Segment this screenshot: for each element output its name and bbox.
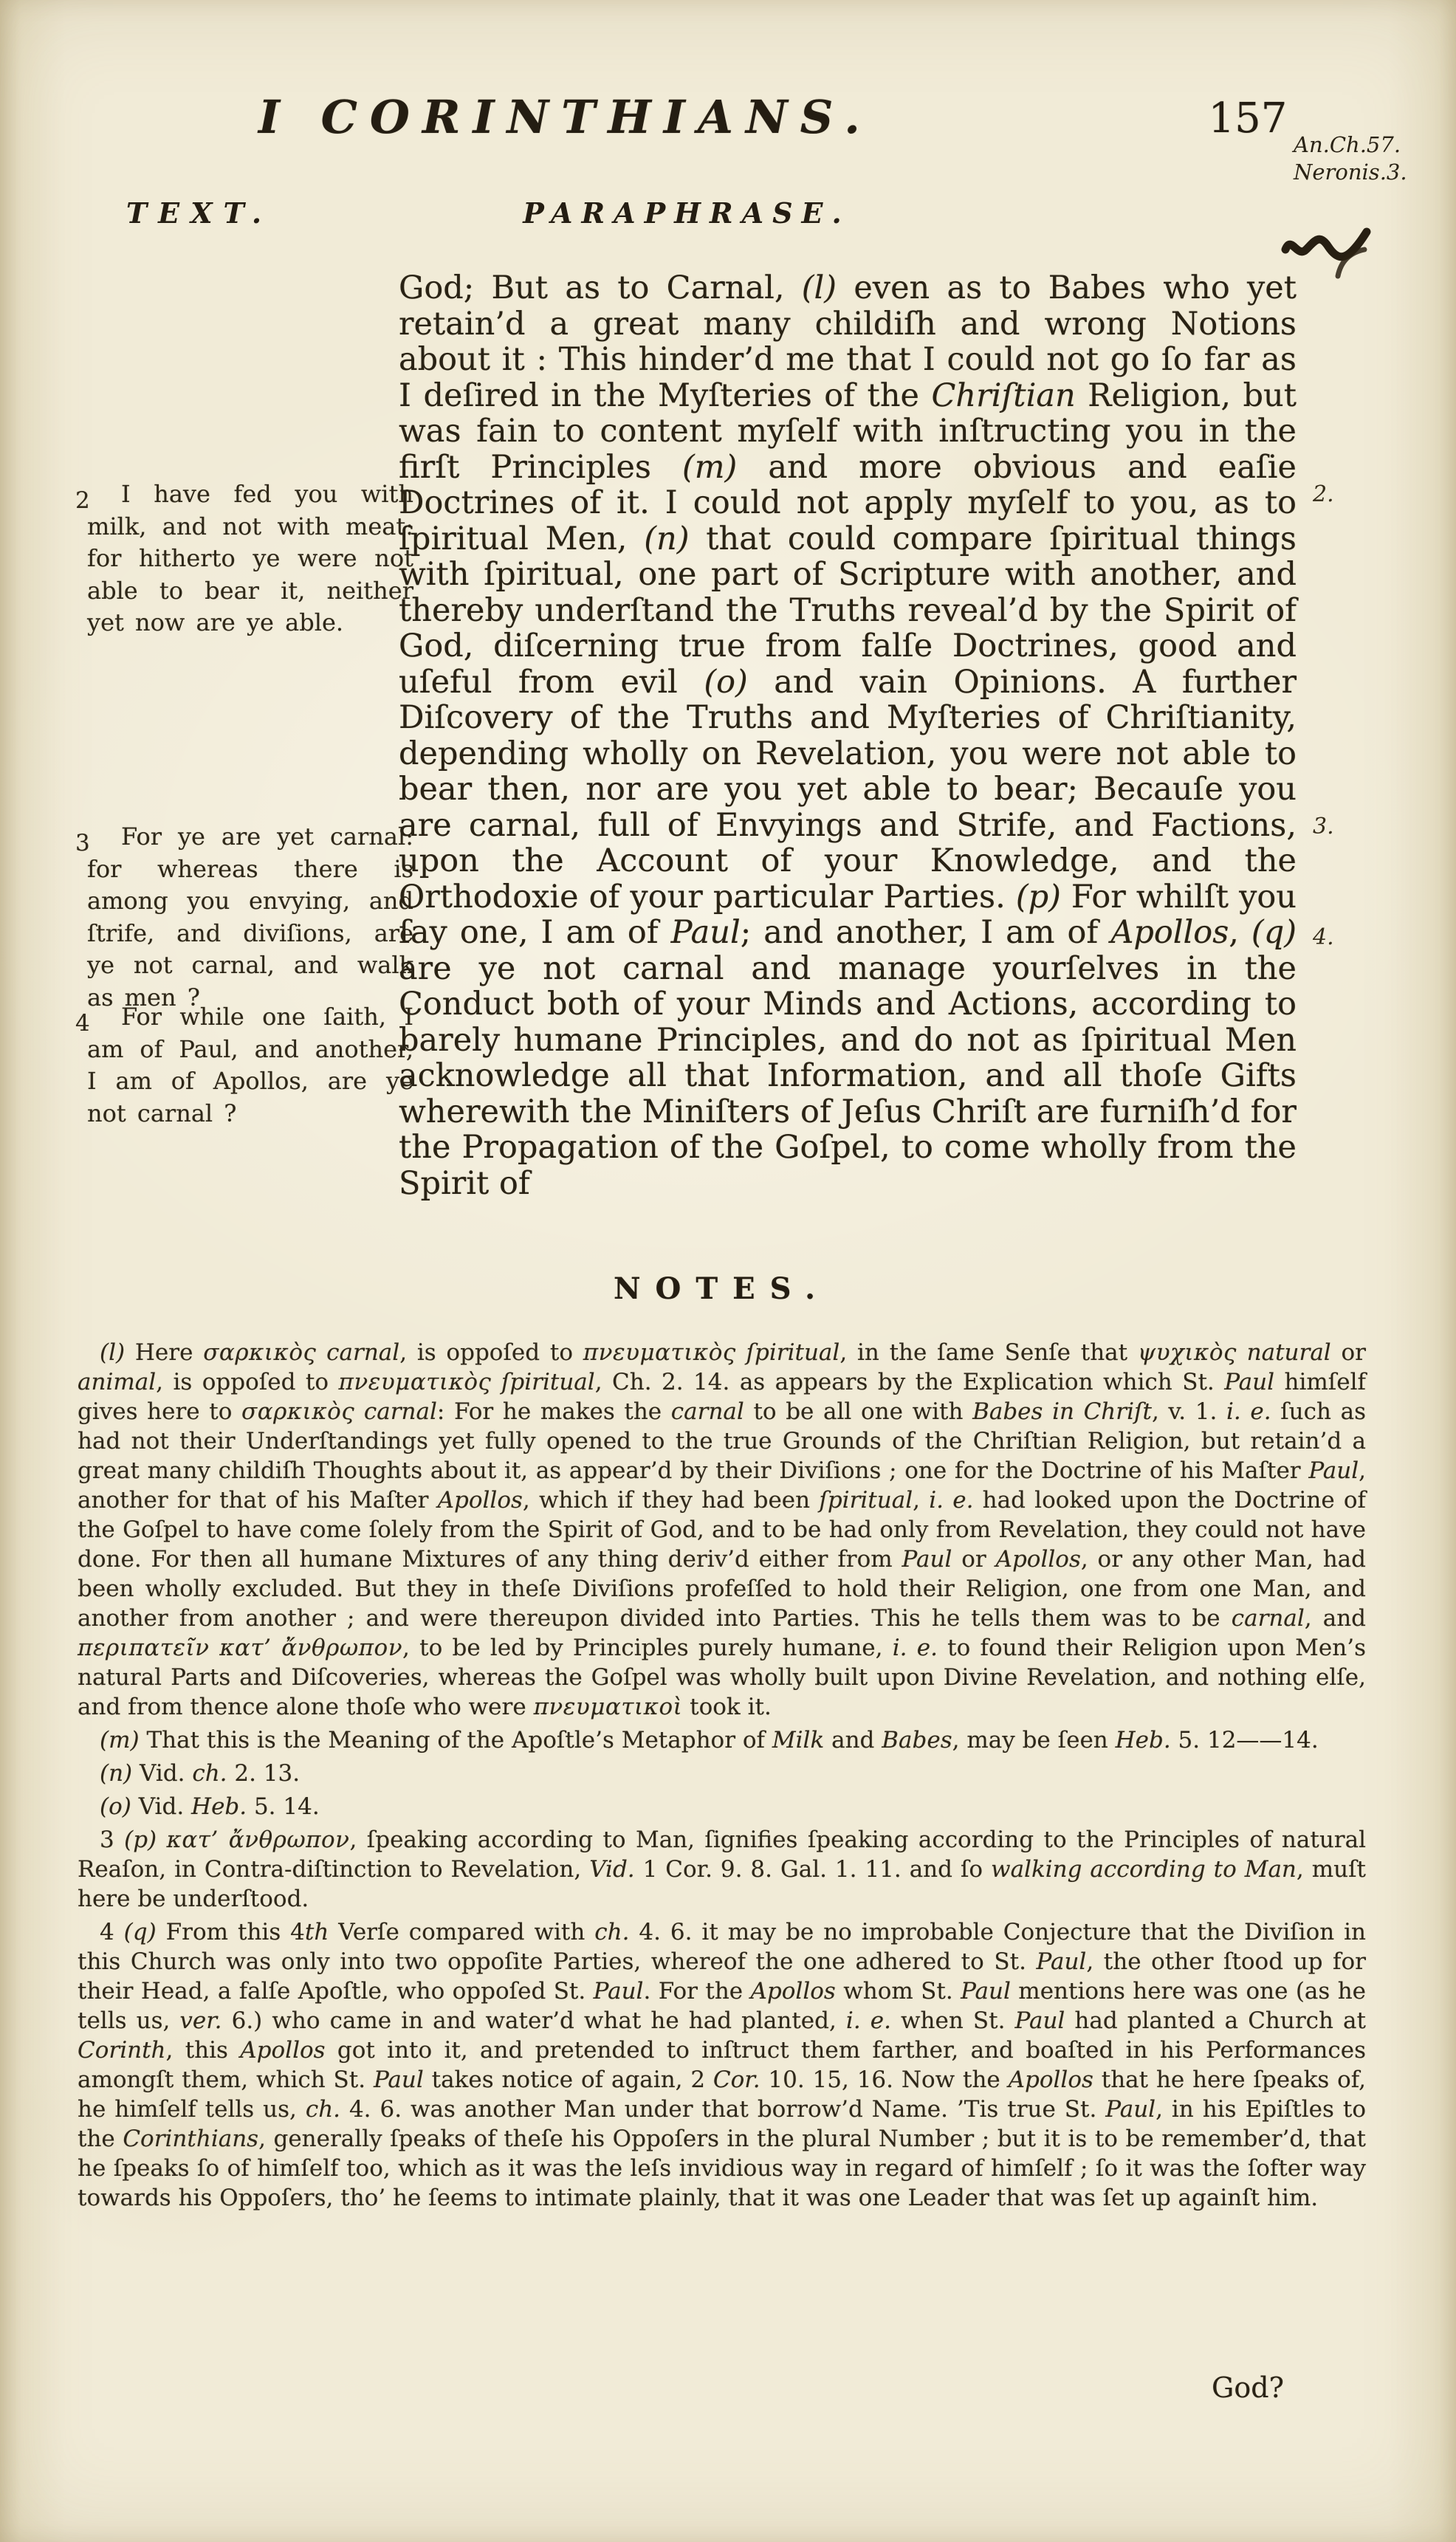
note-paragraph: (l) Here σαρκικὸς carnal, is oppoſed to … [78, 1338, 1366, 1722]
margin-verse-number: 2. [1313, 481, 1334, 507]
note-paragraph: (o) Vid. Heb. 5. 14. [78, 1792, 1366, 1821]
margin-date-line: Neronis.3. [1294, 159, 1452, 186]
book-page-scan: I CORINTHIANS. 157 An.Ch.57. Neronis.3. … [0, 0, 1456, 2542]
margin-verse-number: 4. [1313, 924, 1334, 950]
verse-number: 3 [75, 828, 90, 860]
catchword: God? [1181, 2371, 1314, 2404]
margin-date-note: An.Ch.57. Neronis.3. [1294, 131, 1452, 186]
note-paragraph: 3 (p) κατ’ ἄνθρωπον, ſpeaking according … [78, 1825, 1366, 1914]
verse: 4 For while one ſaith, I am of Paul, and… [87, 1001, 413, 1130]
running-title: I CORINTHIANS. [258, 90, 834, 144]
verse-text: For while one ſaith, I am of Paul, and a… [87, 1003, 413, 1127]
page-number: 157 [1189, 95, 1307, 142]
ink-blot-icon [1328, 245, 1372, 282]
verse: 2 I have fed you with milk, and not with… [87, 478, 413, 639]
margin-date-line: An.Ch.57. [1294, 131, 1452, 159]
note-paragraph: (m) That this is the Meaning of the Apoſ… [78, 1725, 1366, 1755]
column-heading-paraphrase: PARAPHRASE. [502, 196, 871, 230]
verse-text: For ye are yet carnal: for whereas there… [87, 822, 413, 1011]
margin-verse-number: 3. [1313, 814, 1334, 839]
verse: 3 For ye are yet carnal: for whereas the… [87, 821, 413, 1014]
note-paragraph: 4 (q) From this 4th Verſe compared with … [78, 1917, 1366, 2213]
notes-section: (l) Here σαρκικὸς carnal, is oppoſed to … [78, 1338, 1366, 2216]
note-paragraph: (n) Vid. ch. 2. 13. [78, 1759, 1366, 1788]
paraphrase-column: God; But as to Carnal, (l) even as to Ba… [399, 270, 1297, 1201]
verse-text: I have fed you with milk, and not with m… [87, 480, 413, 636]
verse-number: 4 [75, 1008, 90, 1040]
column-heading-text: TEXT. [89, 196, 310, 230]
notes-heading: NOTES. [78, 1271, 1366, 1306]
verse-number: 2 [75, 485, 90, 518]
